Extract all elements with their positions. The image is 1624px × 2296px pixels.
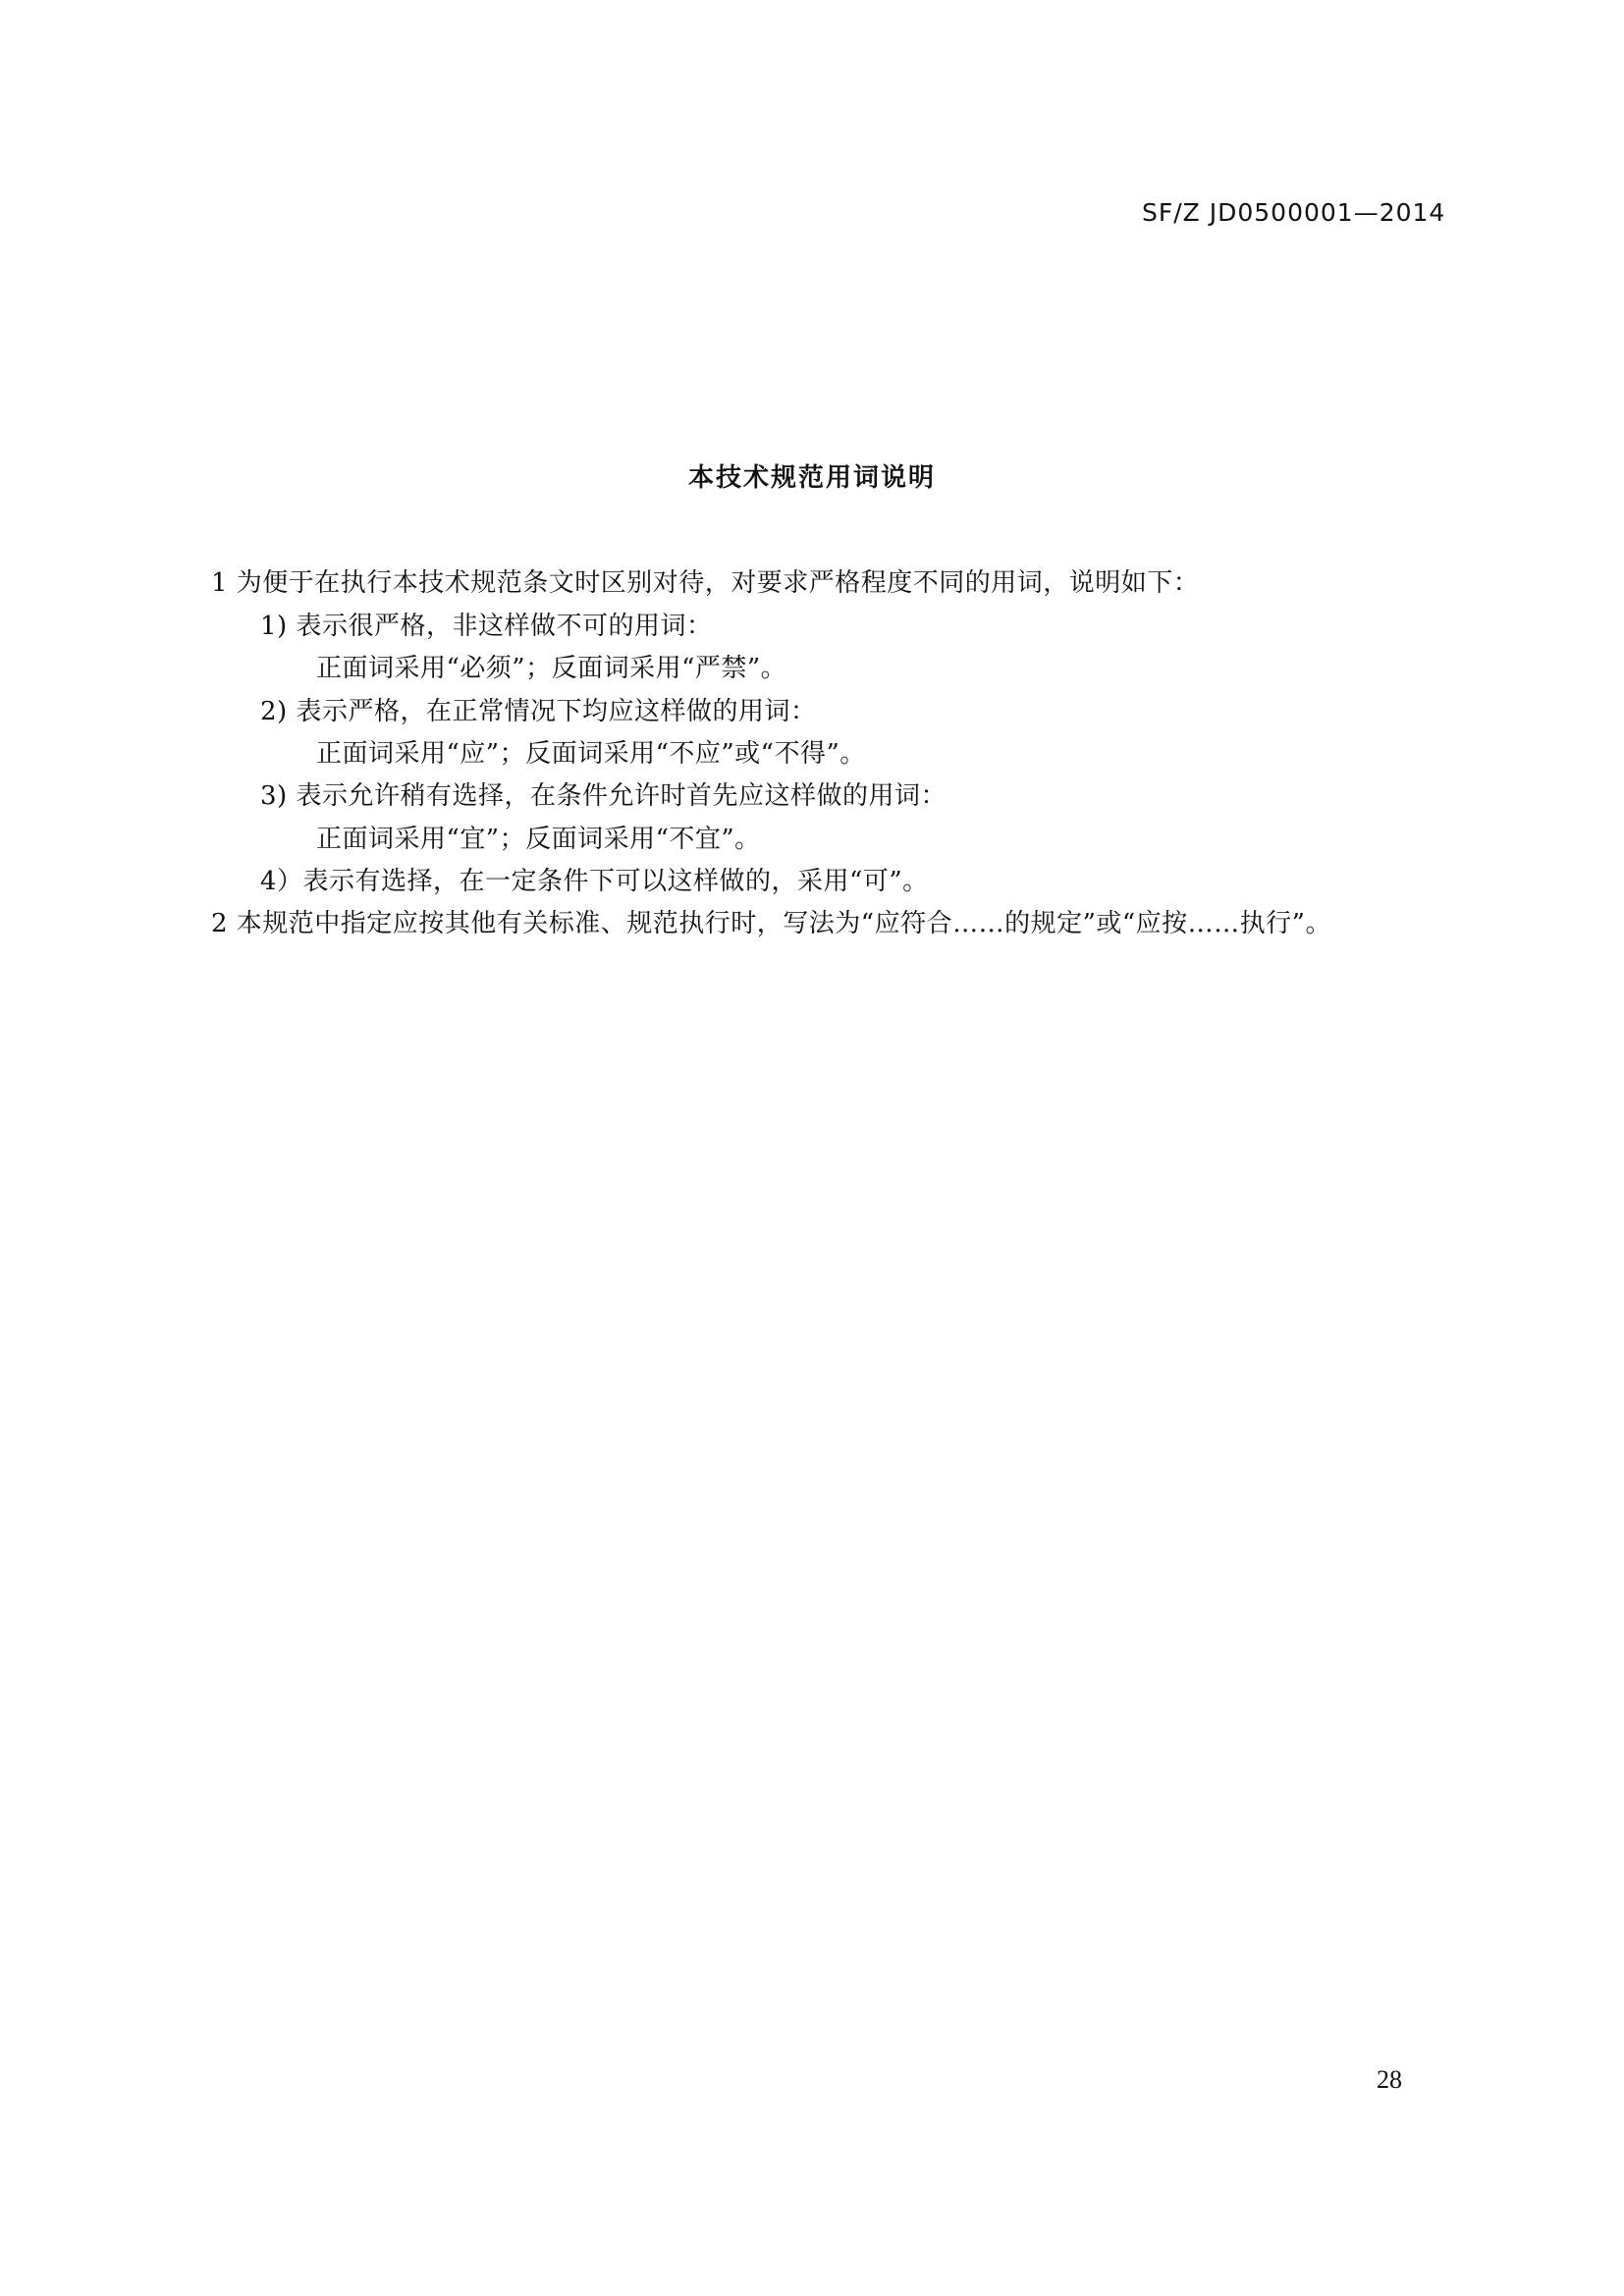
clause-1-item-4: 4）表示有选择，在一定条件下可以这样做的，采用“可”。 xyxy=(260,866,929,897)
clause-1: 1 为便于在执行本技术规范条文时区别对待，对要求严格程度不同的用词，说明如下： xyxy=(211,567,1199,599)
clause-1-item-1: 1) 表示很严格，非这样做不可的用词： xyxy=(260,611,712,642)
clause-1-item-3-detail: 正面词采用“宜”；反面词采用“不宜”。 xyxy=(316,824,761,855)
clause-1-item-2: 2) 表示严格，在正常情况下均应这样做的用词： xyxy=(260,696,816,727)
page-title: 本技术规范用词说明 xyxy=(0,457,1624,494)
clause-1-item-1-detail: 正面词采用“必须”；反面词采用“严禁”。 xyxy=(316,653,786,684)
document-id: SF/Z JD0500001—2014 xyxy=(1142,198,1445,227)
page-number: 28 xyxy=(1377,2065,1402,2095)
clause-2: 2 本规范中指定应按其他有关标准、规范执行时，写法为“应符合……的规定”或“应按… xyxy=(211,908,1331,939)
clause-1-item-2-detail: 正面词采用“应”；反面词采用“不应”或“不得”。 xyxy=(316,738,866,770)
clause-1-item-3: 3) 表示允许稍有选择，在条件允许时首先应这样做的用词： xyxy=(260,780,947,812)
